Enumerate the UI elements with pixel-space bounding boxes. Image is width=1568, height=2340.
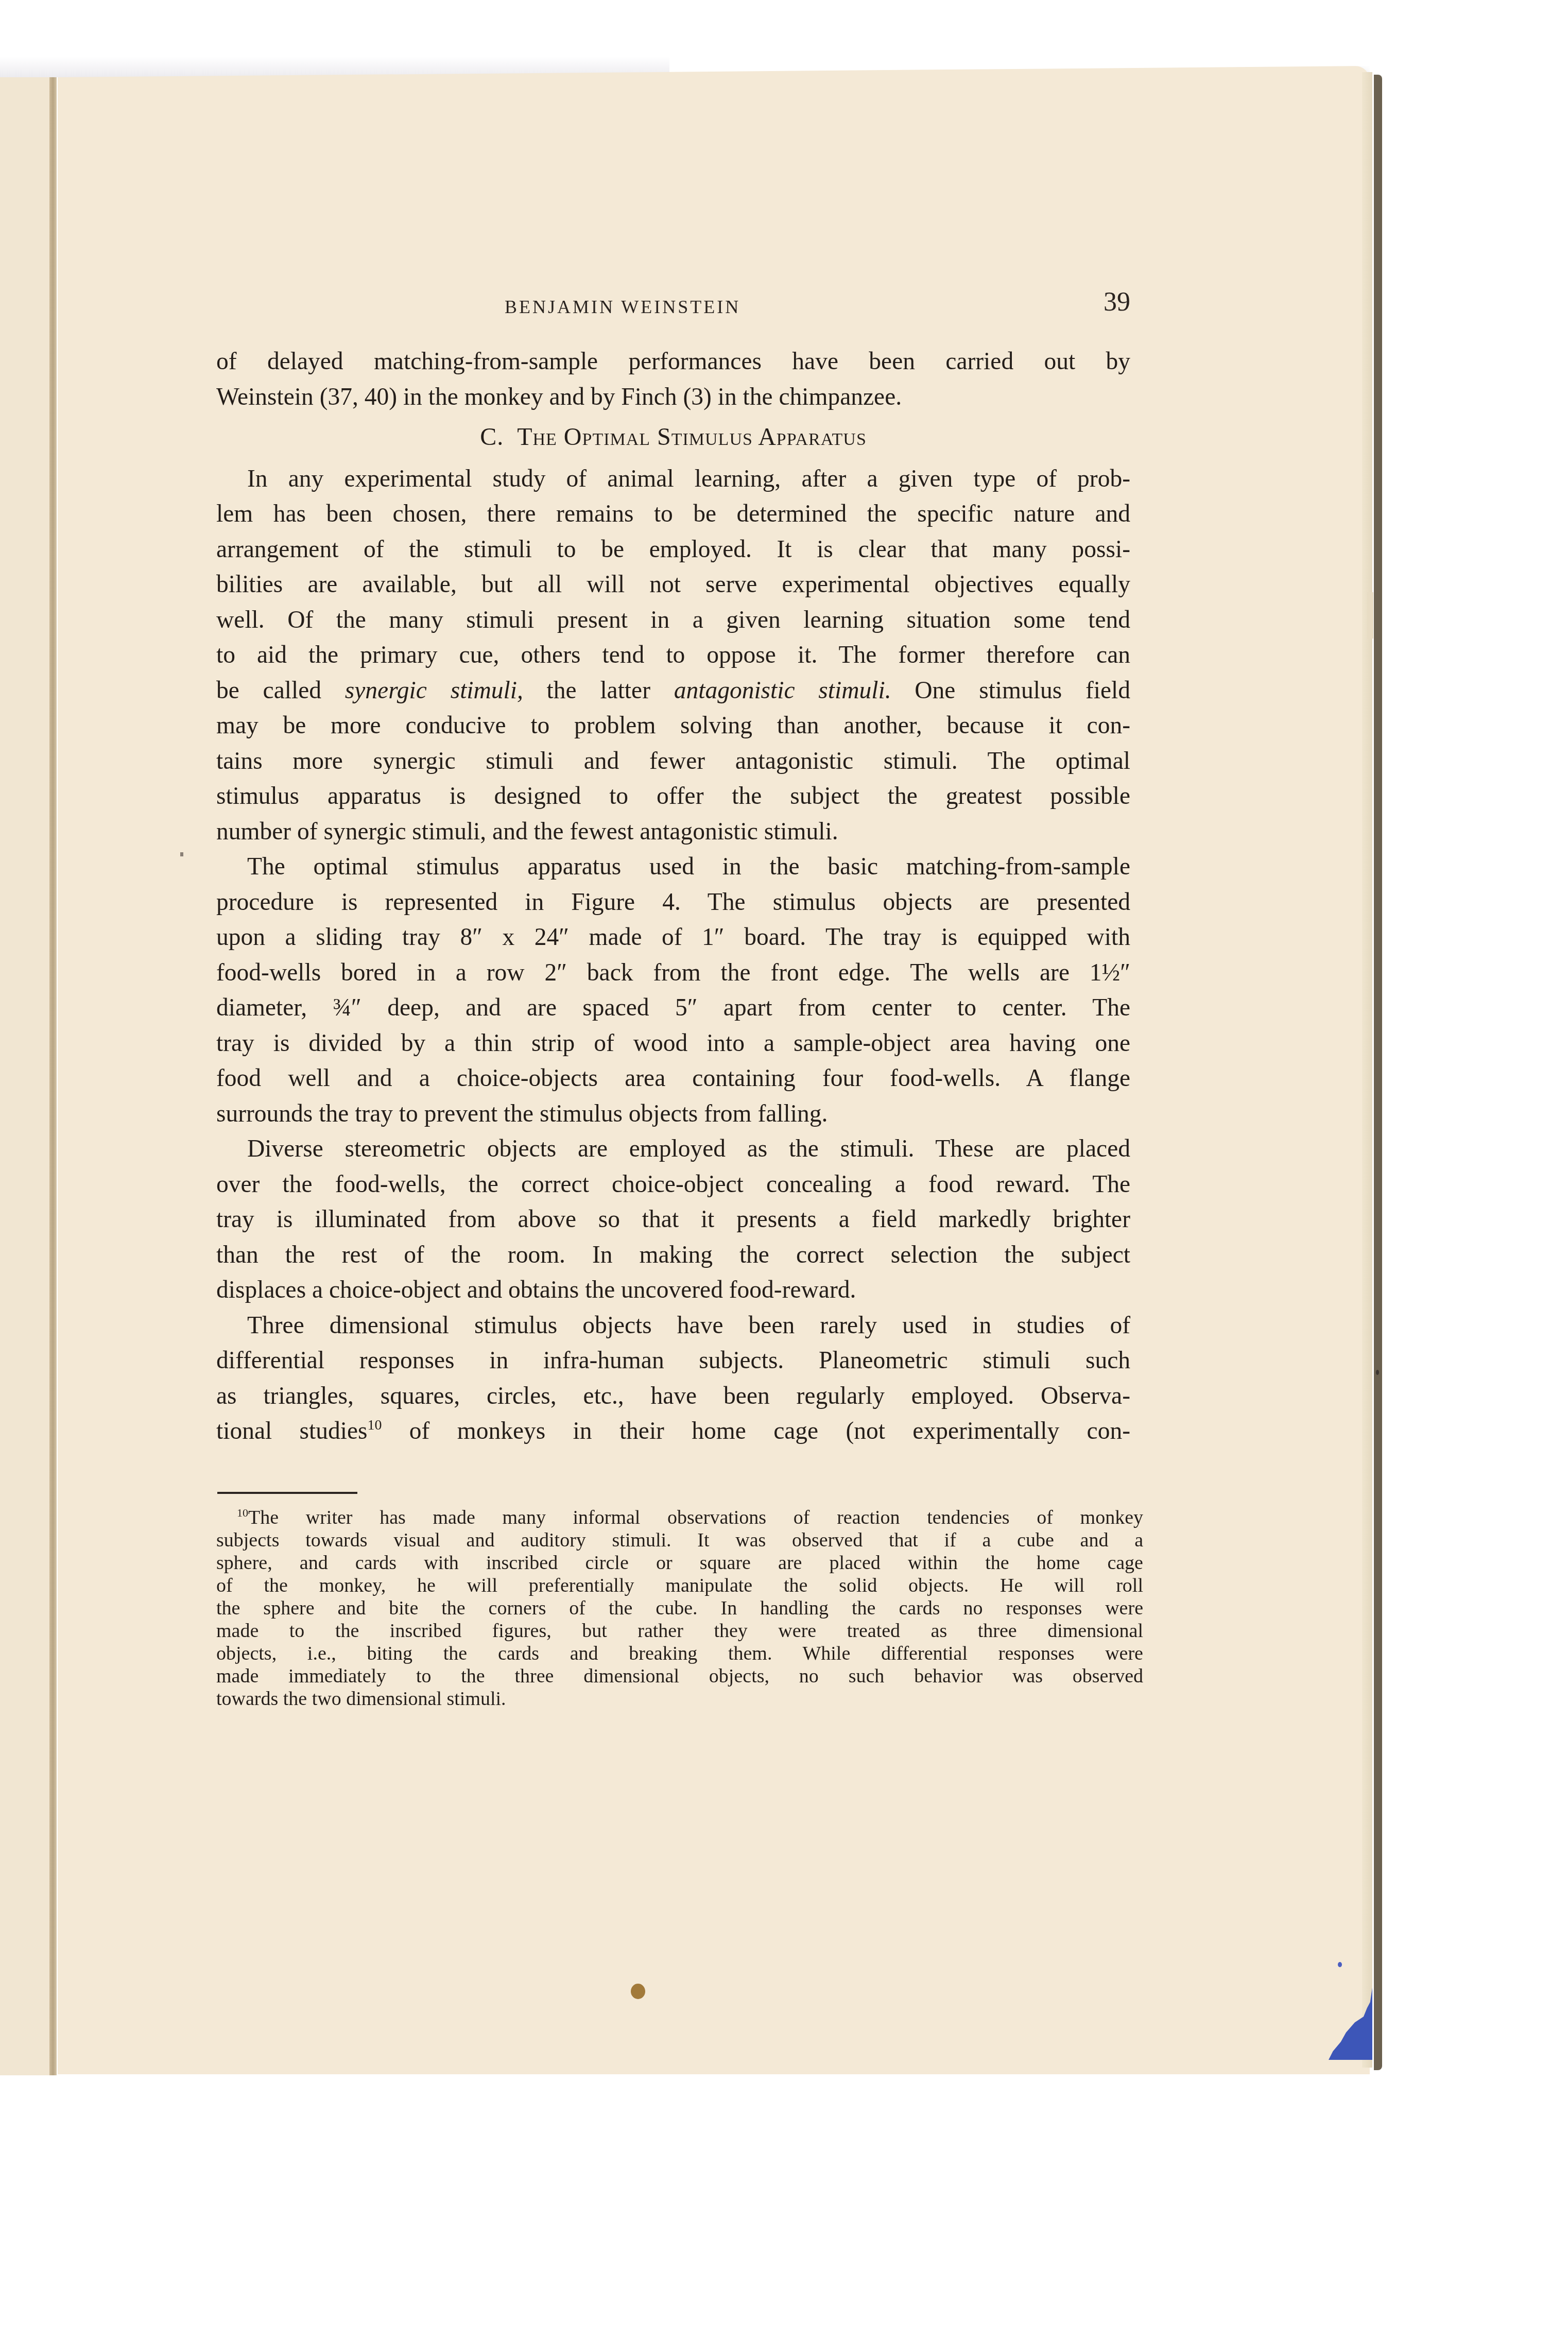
text-fragment: be called xyxy=(216,677,345,704)
term-synergic-stimuli: synergic stimuli, xyxy=(345,677,523,704)
footnote-reference: 10 xyxy=(367,1417,382,1433)
foxing-spot xyxy=(631,1984,645,1999)
text-line: upon a sliding tray 8″ x 24″ made of 1″ … xyxy=(216,920,1130,955)
text-line-with-footnote-ref: tional studies10 of monkeys in their hom… xyxy=(216,1414,1130,1449)
text-line: differential responses in infra-human su… xyxy=(216,1343,1130,1379)
text-line: Three dimensional stimulus objects have … xyxy=(216,1308,1130,1344)
text-line: In any experimental study of animal lear… xyxy=(216,461,1130,497)
text-fragment: tional studies xyxy=(216,1418,367,1444)
footnote-marker: 10 xyxy=(237,1506,248,1519)
text-line: diameter, ¾″ deep, and are spaced 5″ apa… xyxy=(216,990,1130,1026)
text-line: arrangement of the stimuli to be employe… xyxy=(216,532,1130,567)
text-line: surrounds the tray to prevent the stimul… xyxy=(216,1096,1130,1132)
page-fore-edge xyxy=(1362,72,1372,2068)
text-line: The optimal stimulus apparatus used in t… xyxy=(216,849,1130,885)
section-heading-prefix: C. xyxy=(480,423,504,451)
footnote-line: towards the two dimensional stimuli. xyxy=(216,1688,1143,1710)
text-line: food-wells bored in a row 2″ back from t… xyxy=(216,955,1130,991)
footnote-line: the sphere and bite the corners of the c… xyxy=(216,1597,1143,1620)
text-line: of delayed matching-from-sample performa… xyxy=(216,344,1130,380)
paragraph-optimal-intro: In any experimental study of animal lear… xyxy=(216,461,1130,850)
footnote: 10The writer has made many informal obse… xyxy=(216,1506,1143,1710)
footnote-line: sphere, and cards with inscribed circle … xyxy=(216,1552,1143,1574)
footnote-line: made to the inscribed figures, but rathe… xyxy=(216,1620,1143,1642)
text-line: food well and a choice-objects area cont… xyxy=(216,1061,1130,1096)
text-line: tray is divided by a thin strip of wood … xyxy=(216,1026,1130,1061)
text-line: procedure is represented in Figure 4. Th… xyxy=(216,885,1130,920)
paragraph-three-dimensional: Three dimensional stimulus objects have … xyxy=(216,1308,1130,1449)
text-line: tains more synergic stimuli and fewer an… xyxy=(216,744,1130,779)
text-line: to aid the primary cue, others tend to o… xyxy=(216,638,1130,673)
margin-mark xyxy=(180,852,183,856)
text-line: as triangles, squares, circles, etc., ha… xyxy=(216,1379,1130,1414)
text-line-with-italics: be called synergic stimuli, the latter a… xyxy=(216,673,1130,709)
section-heading: C. The Optimal Stimulus Apparatus xyxy=(216,420,1130,455)
ink-speck xyxy=(1338,1962,1342,1967)
text-fragment: the latter xyxy=(523,677,674,704)
text-line: than the rest of the room. In making the… xyxy=(216,1237,1130,1273)
text-line: may be more conducive to problem solving… xyxy=(216,708,1130,744)
footnote-line: made immediately to the three dimensiona… xyxy=(216,1665,1143,1688)
text-fragment: of monkeys in their home cage (not exper… xyxy=(382,1418,1130,1444)
text-line: number of synergic stimuli, and the fewe… xyxy=(216,814,1130,850)
footnote-line: objects, i.e., biting the cards and brea… xyxy=(216,1642,1143,1665)
text-line: stimulus apparatus is designed to offer … xyxy=(216,779,1130,814)
footnote-line: 10The writer has made many informal obse… xyxy=(216,1506,1143,1529)
page-notch xyxy=(1367,592,1373,639)
text-line: bilities are available, but all will not… xyxy=(216,567,1130,603)
page-number: 39 xyxy=(1104,287,1130,317)
text-line: well. Of the many stimuli present in a g… xyxy=(216,603,1130,638)
text-line: Weinstein (37, 40) in the monkey and by … xyxy=(216,380,1130,415)
paragraph-stereometric-objects: Diverse stereometric objects are employe… xyxy=(216,1131,1130,1308)
running-head: BENJAMIN WEINSTEIN 39 xyxy=(216,291,1130,322)
term-antagonistic-stimuli: antagonistic stimuli. xyxy=(674,677,891,704)
text-fragment: The writer has made many informal observ… xyxy=(248,1507,1143,1528)
book-gutter xyxy=(49,77,57,2075)
paragraph-continuation: of delayed matching-from-sample performa… xyxy=(216,344,1130,415)
text-line: Diverse stereometric objects are employe… xyxy=(216,1131,1130,1167)
footnote-line: subjects towards visual and auditory sti… xyxy=(216,1529,1143,1552)
running-head-author: BENJAMIN WEINSTEIN xyxy=(505,296,740,318)
cover-edge xyxy=(1374,75,1382,2070)
footnote-line: of the monkey, he will preferentially ma… xyxy=(216,1574,1143,1597)
section-heading-title: The Optimal Stimulus Apparatus xyxy=(517,423,867,451)
text-line: tray is illuminated from above so that i… xyxy=(216,1202,1130,1237)
text-line: over the food-wells, the correct choice-… xyxy=(216,1167,1130,1202)
facing-page-edge xyxy=(0,77,49,2075)
body-text: of delayed matching-from-sample performa… xyxy=(216,344,1130,1449)
footnote-rule xyxy=(217,1492,357,1494)
text-fragment: One stimulus field xyxy=(891,677,1130,704)
paragraph-apparatus-description: The optimal stimulus apparatus used in t… xyxy=(216,849,1130,1131)
text-line: lem has been chosen, there remains to be… xyxy=(216,496,1130,532)
margin-mark xyxy=(1376,1370,1379,1375)
text-line: displaces a choice-object and obtains th… xyxy=(216,1272,1130,1308)
